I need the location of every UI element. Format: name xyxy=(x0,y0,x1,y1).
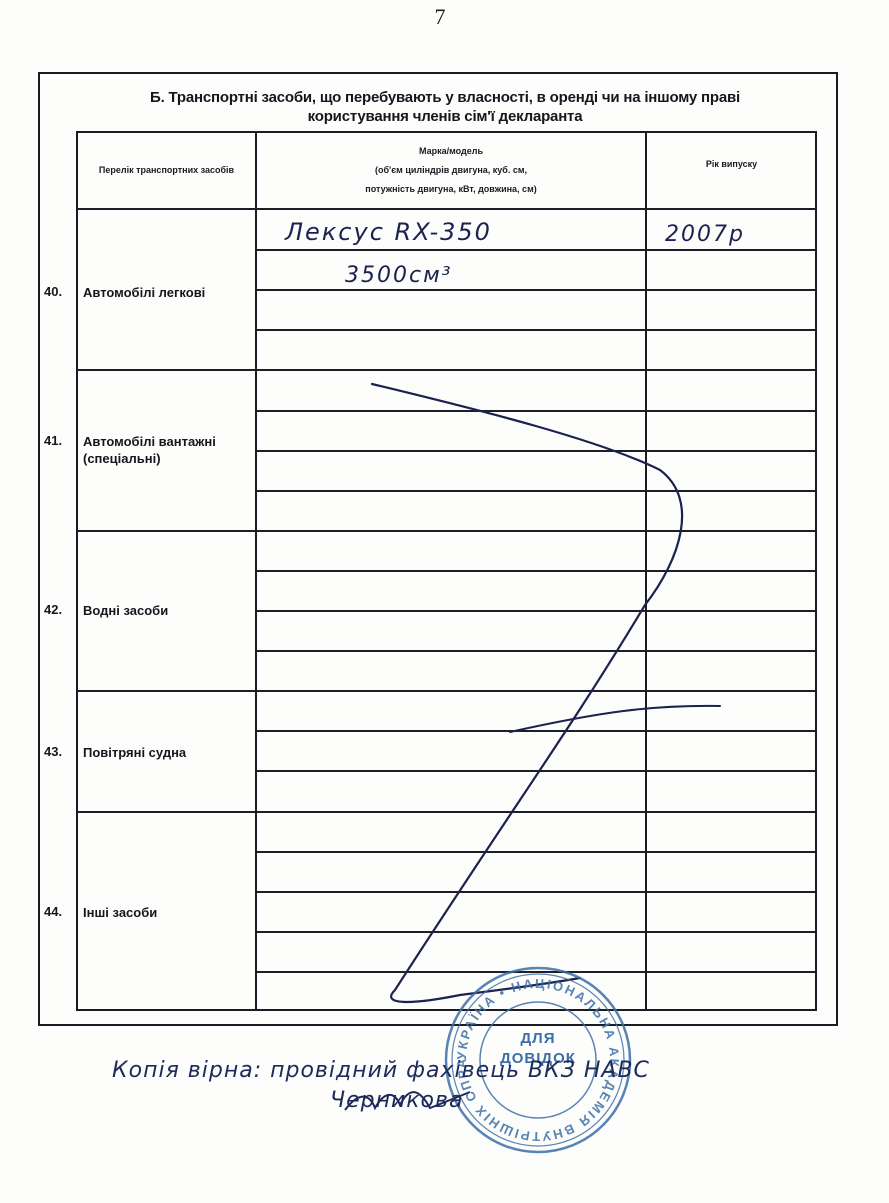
handwritten-certification: Копія вірна: провідний фахівець ВКЗ НАВС xyxy=(112,1058,650,1083)
svg-text:УКРАЇНА • НАЦІОНАЛЬНА АКАДЕМІЯ: УКРАЇНА • НАЦІОНАЛЬНА АКАДЕМІЯ ВНУТРІШНІ… xyxy=(0,0,622,1144)
arrow-stroke xyxy=(510,706,720,732)
ink-overlay: УКРАЇНА • НАЦІОНАЛЬНА АКАДЕМІЯ ВНУТРІШНІ… xyxy=(0,0,889,1203)
stamp-line1: ДЛЯ xyxy=(498,1030,578,1047)
handwritten-signature: Черникова xyxy=(330,1088,463,1113)
official-stamp: УКРАЇНА • НАЦІОНАЛЬНА АКАДЕМІЯ ВНУТРІШНІ… xyxy=(0,0,630,1152)
cancel-stroke xyxy=(372,384,682,1002)
